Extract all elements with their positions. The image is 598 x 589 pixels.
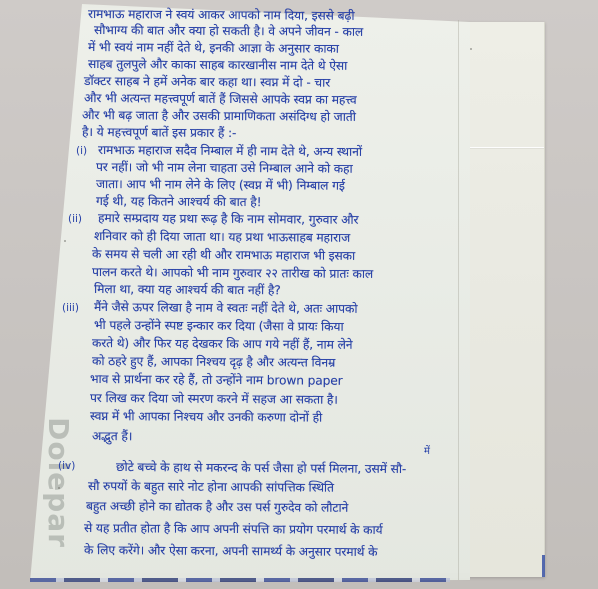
insertion-mark: में [424, 443, 430, 457]
letter-line: सौ रुपयों के बहुत सारे नोट होना आपकी सां… [88, 478, 334, 496]
letter-line: के समय से चली आ रही थी और रामभाऊ महाराज … [92, 246, 355, 264]
letter-line: डॉक्टर साहब ने हमें अनेक बार कहा था। स्व… [84, 73, 330, 91]
letter-line: रामभाऊ महाराज सदैव निम्बाल में ही नाम दे… [98, 142, 362, 160]
letter-line: स्वप्न में भी आपका निश्चय और उनकी करुणा … [90, 408, 322, 426]
letter-line: को ठहरे हुए हैं, आपका निश्चय दृढ़ है और … [92, 353, 335, 371]
letter-line: है। ये महत्त्वपूर्ण बातें इस प्रकार हैं … [82, 124, 236, 141]
point-marker: (ii) [68, 212, 82, 226]
letter-line: अद्भुत हैं। [92, 428, 132, 444]
point-marker: (i) [76, 144, 87, 158]
letter-line: सौभाग्य की बात और क्या हो सकती है। वे अप… [94, 22, 363, 40]
letter-line: और भी बढ़ जाता है और उसकी प्रामाणिकता अस… [82, 107, 356, 125]
letter-line: के लिए करेंगे। और ऐसा करना, अपनी सामर्थ्… [84, 542, 378, 560]
letter-line: पर नहीं। जो भी नाम लेना चाहता उसे निम्बा… [96, 159, 353, 177]
letter-line: पालन करते थे। आपको भी नाम गुरुवार २२ तार… [92, 264, 373, 282]
letter-line: में भी स्वयं नाम नहीं देते थे, इनकी आज्ञ… [88, 39, 339, 57]
paper-speck [470, 48, 472, 50]
letter-line: शनिवार को ही दिया जाता था। यह प्रथा भाऊस… [94, 228, 350, 246]
letter-line: गई थी, यह कितने आश्चर्य की बात है! [96, 193, 262, 210]
paper-speck [64, 240, 66, 242]
handwritten-letter: रामभाऊ महाराज ने स्वयं आकर आपको नाम दिया… [0, 0, 598, 589]
paper-speck [58, 487, 60, 489]
letter-line: करते थे) और फिर यह देखकर कि आप गये नहीं … [92, 335, 353, 353]
letter-line: और भी अत्यन्त महत्त्वपूर्ण बातें हैं जिस… [84, 90, 357, 108]
letter-line: छोटे बच्चे के हाथ से मकरन्द के पर्स जैसा… [116, 459, 406, 477]
letter-line: से यह प्रतीत होता है कि आप अपनी संपत्ति … [84, 520, 383, 538]
letter-line: मैंने जैसे ऊपर लिखा है नाम वे स्वतः नहीं… [94, 299, 358, 317]
point-marker: (iv) [58, 459, 75, 473]
letter-line: हमारे सम्प्रदाय यह प्रथा रूढ़ है कि नाम … [98, 210, 359, 228]
letter-line: जाता। आप भी नाम लेने के लिए (स्वप्न में … [96, 176, 345, 194]
point-marker: (iii) [62, 301, 79, 315]
letter-line: बहुत अच्छी होने का द्योतक है और उस पर्स … [86, 498, 348, 516]
letter-line: मिला था, क्या यह आश्चर्य की बात नहीं है? [94, 281, 281, 298]
letter-line: रामभाऊ महाराज ने स्वयं आकर आपको नाम दिया… [88, 6, 355, 24]
letter-line: भी पहले उन्होंने स्पष्ट इन्कार कर दिया (… [94, 317, 344, 335]
letter-line: भाव से प्रार्थना कर रहे हैं, तो उन्होंने… [90, 371, 343, 389]
letter-line: साहब तुलपुले और काका साहब कारखानीस नाम द… [88, 56, 347, 74]
letter-line: पर लिख कर दिया जो स्मरण करने में सहज आ स… [90, 390, 338, 408]
